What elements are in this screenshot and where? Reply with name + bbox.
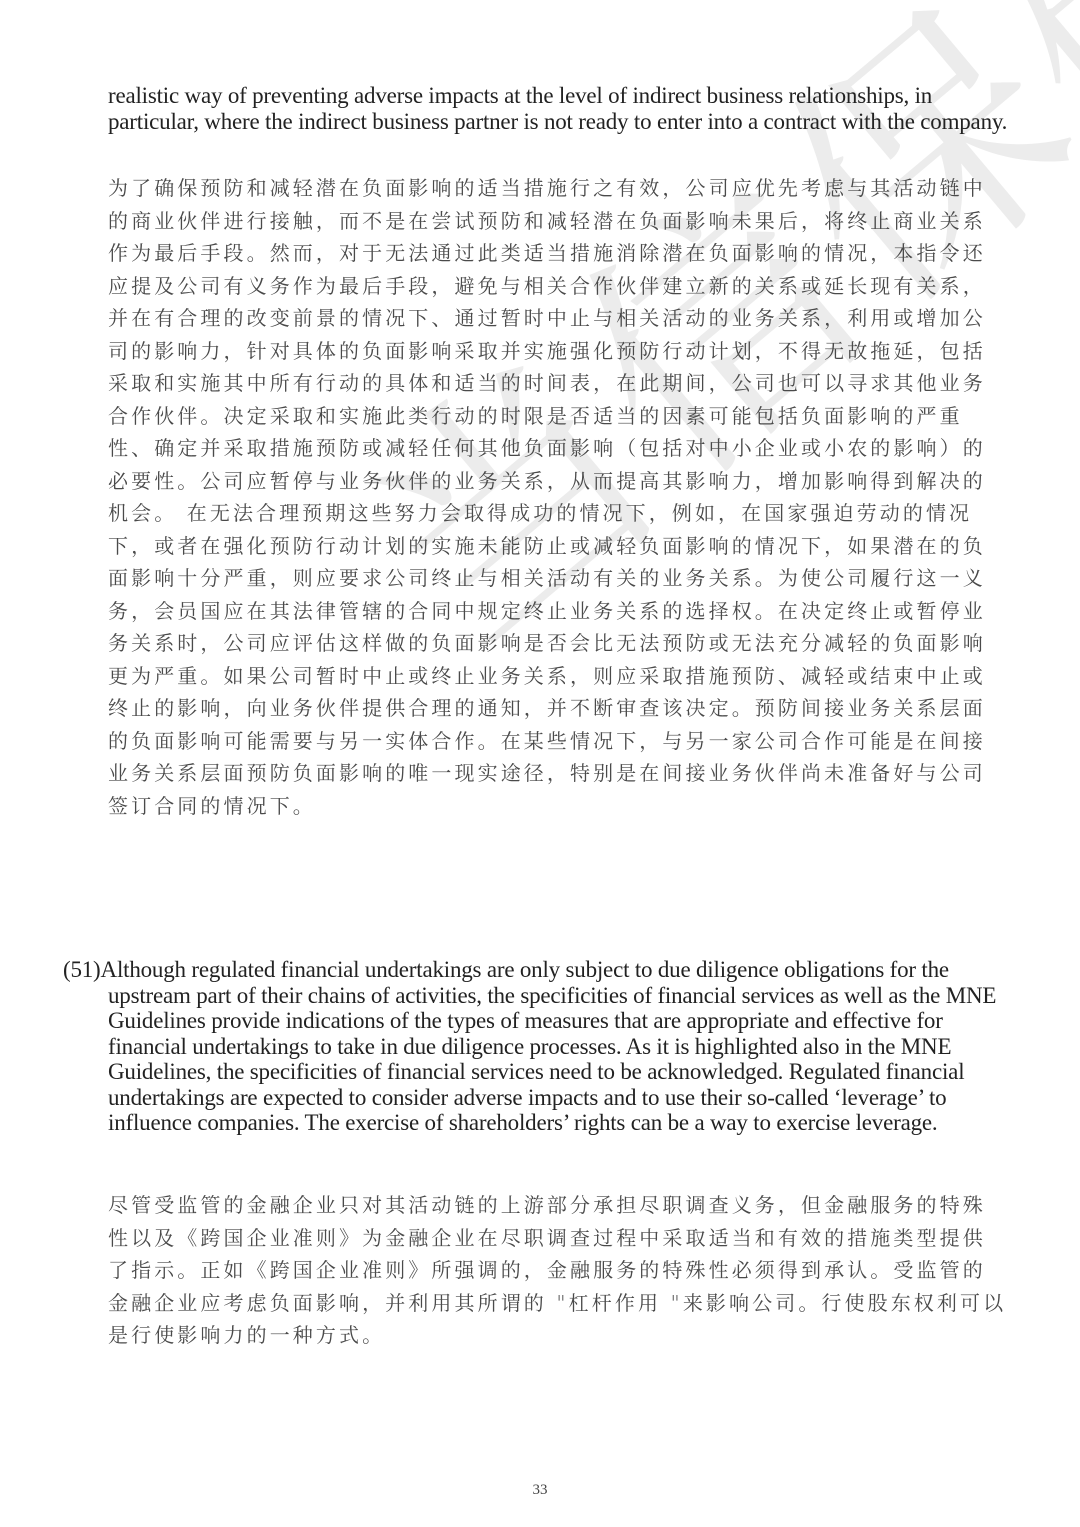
continuation-chinese-text: 为了确保预防和减轻潜在负面影响的适当措施行之有效，公司应优先考虑与其活动链中的商…	[108, 172, 1008, 822]
recital-51: (51)Although regulated financial underta…	[63, 957, 1023, 1136]
document-page: 当信保研究 realistic way of preventing advers…	[0, 0, 1080, 1527]
recital-number: (51)	[63, 957, 101, 982]
recital-51-english-text: Although regulated financial undertaking…	[101, 957, 997, 1135]
page-number: 33	[0, 1482, 1080, 1499]
recital-51-chinese-text: 尽管受监管的金融企业只对其活动链的上游部分承担尽职调查义务，但金融服务的特殊性以…	[108, 1189, 1008, 1352]
continuation-english-text: realistic way of preventing adverse impa…	[108, 83, 1023, 134]
